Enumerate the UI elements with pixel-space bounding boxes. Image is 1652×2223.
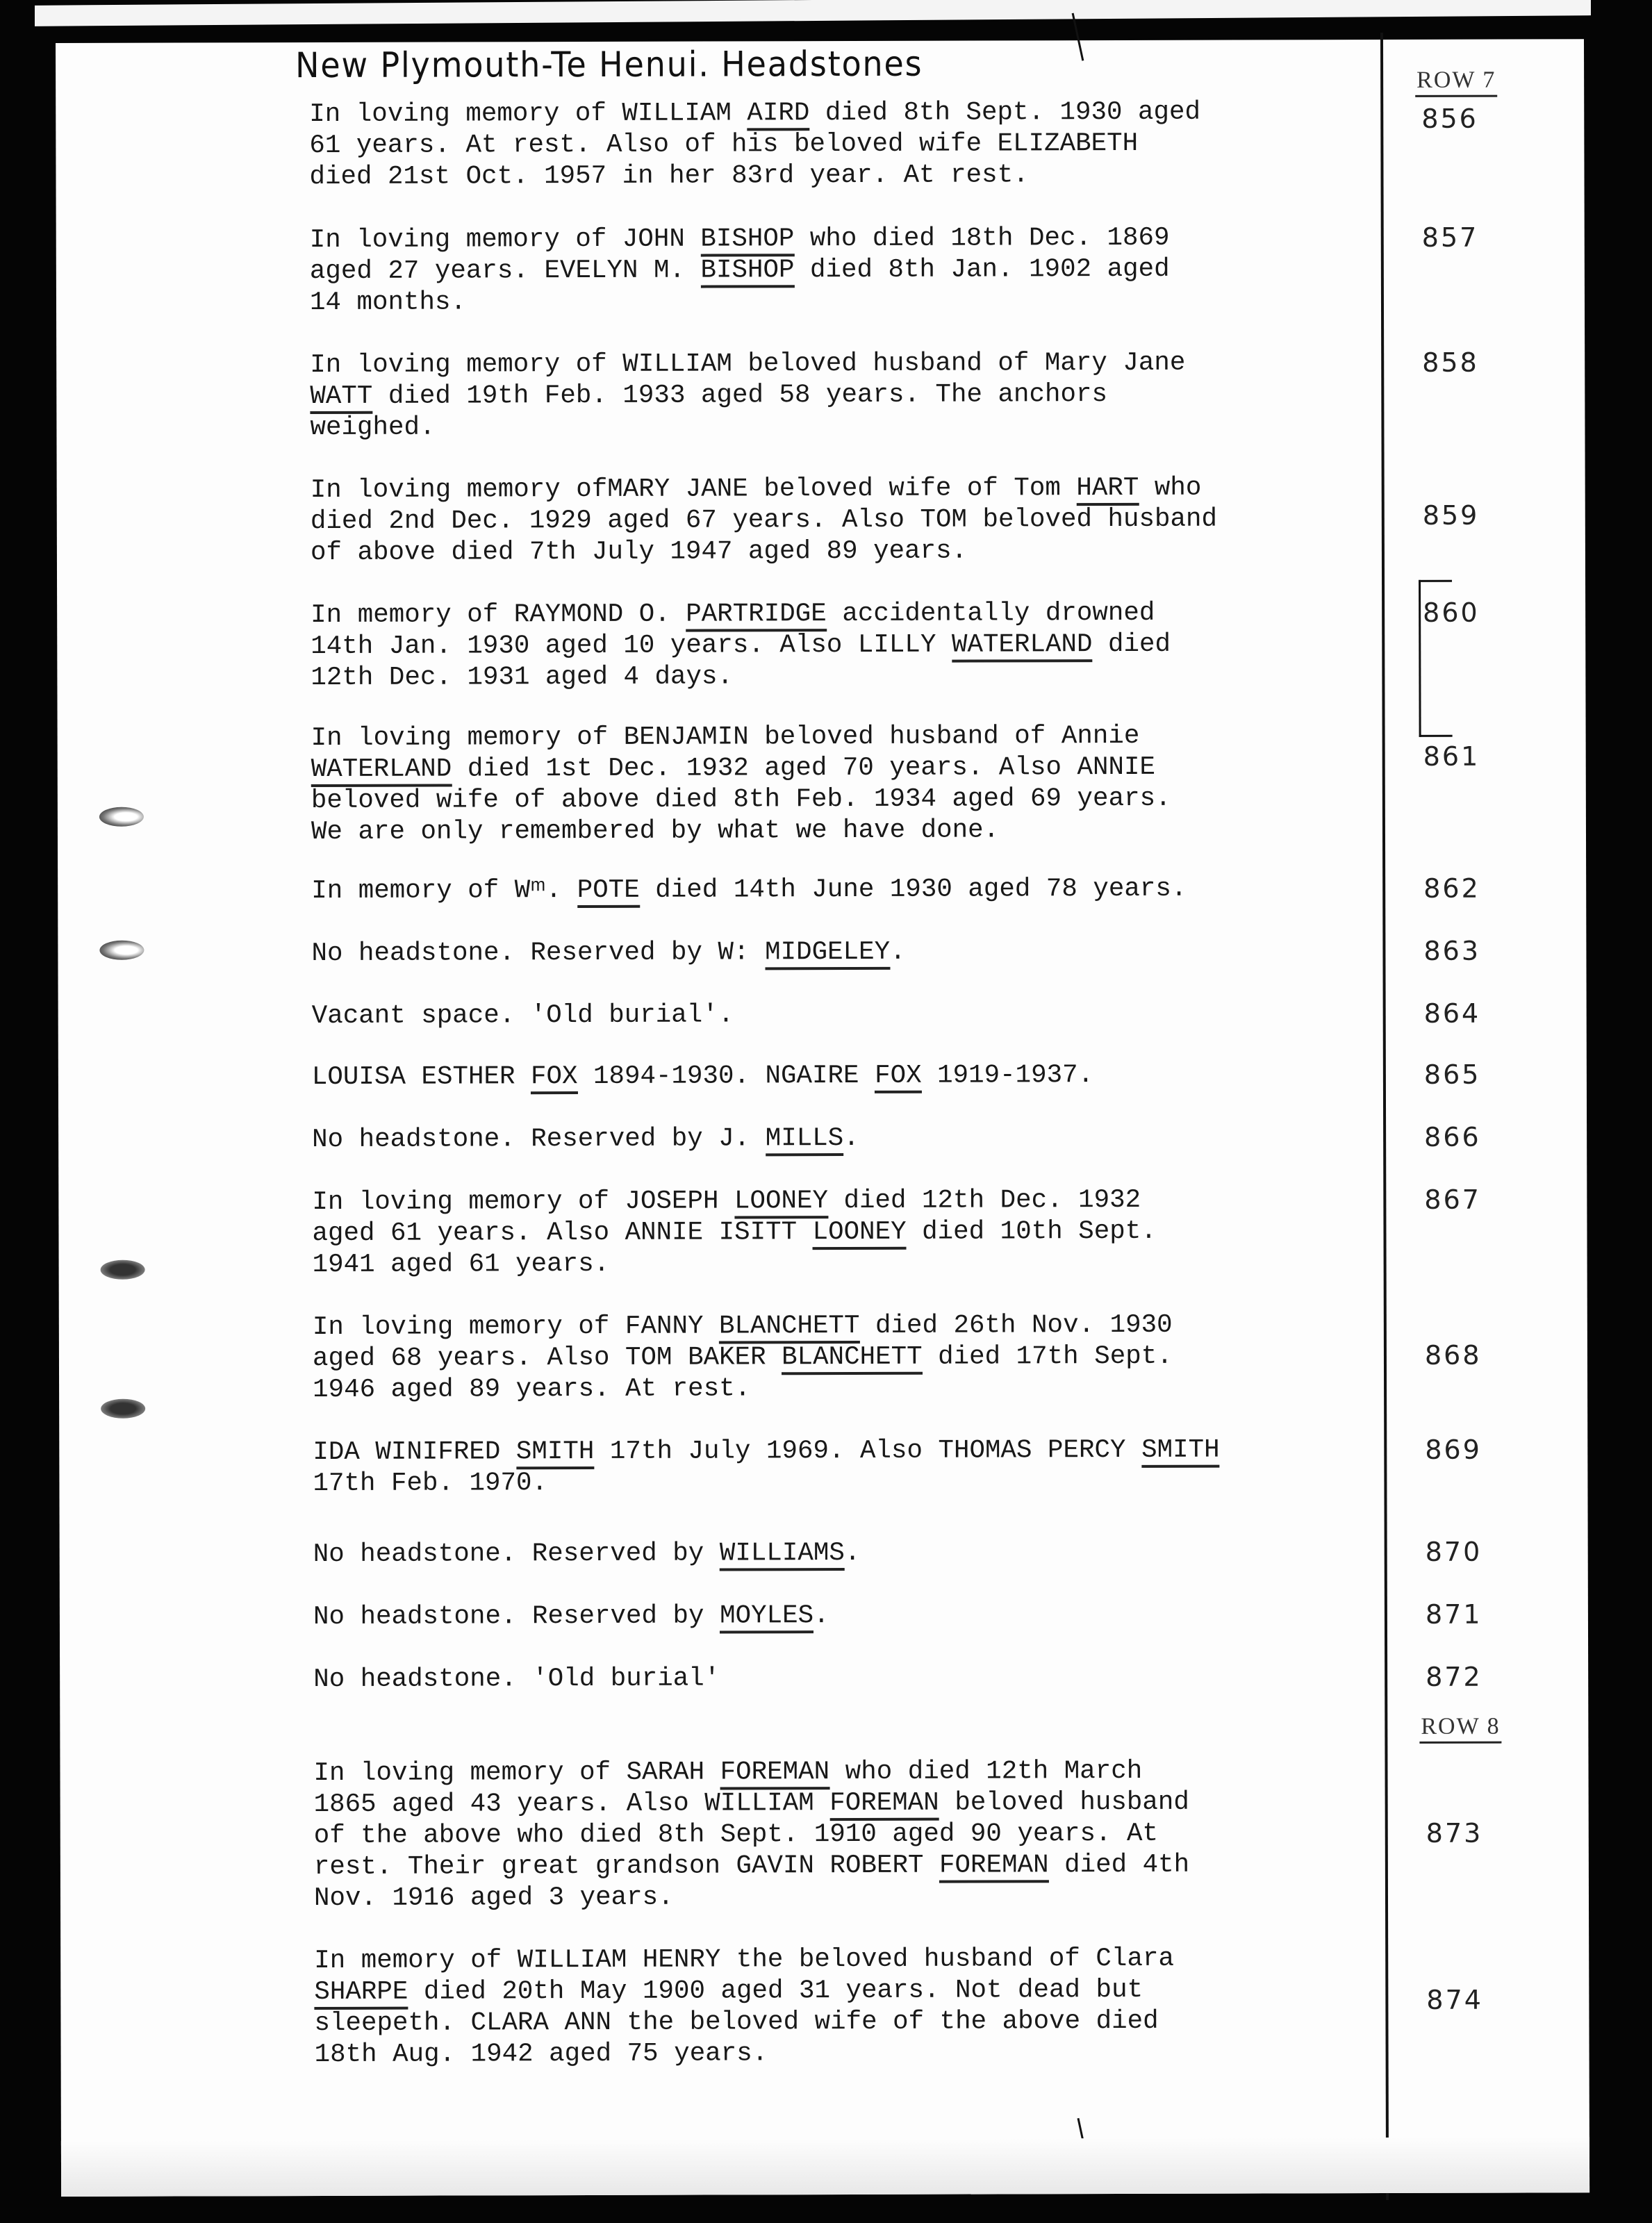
headstone-entry: No headstone. Reserved by WILLIAMS.: [313, 1537, 1397, 1571]
surname: BISHOP: [700, 224, 794, 256]
headstone-entry: LOUISA ESTHER FOX 1894-1930. NGAIRE FOX …: [312, 1059, 1396, 1093]
surname: BISHOP: [700, 256, 794, 288]
surname: AIRD: [747, 99, 809, 131]
punch-hole: [101, 1399, 145, 1419]
headstone-entry: In loving memory ofMARY JANE beloved wif…: [311, 472, 1394, 569]
headstone-entry: In loving memory of SARAH FOREMAN who di…: [313, 1755, 1398, 1915]
document-page: New Plymouth-Te Henui. Headstones In lov…: [56, 39, 1589, 2197]
surname: FOREMAN: [939, 1851, 1049, 1883]
headstone-entry: In loving memory of FANNY BLANCHETT died…: [313, 1309, 1396, 1406]
surname: FOREMAN: [720, 1758, 830, 1790]
surname: LOONEY: [734, 1187, 828, 1218]
plot-number: 873: [1426, 1818, 1510, 1849]
surname: FOX: [875, 1061, 922, 1093]
plot-number: 863: [1423, 936, 1507, 966]
headstone-entry: In loving memory of WILLIAM beloved husb…: [310, 347, 1394, 444]
headstone-entry: IDA WINIFRED SMITH 17th July 1969. Also …: [313, 1435, 1396, 1500]
surname: WATERLAND: [952, 630, 1093, 663]
punch-hole: [99, 941, 144, 960]
plot-number: 871: [1426, 1599, 1509, 1630]
surname: FOREMAN: [829, 1789, 939, 1821]
surname: BLANCHETT: [719, 1312, 860, 1344]
plot-number: 862: [1423, 873, 1507, 904]
plot-number: 866: [1424, 1122, 1508, 1152]
headstone-entries: In loving memory of WILLIAM AIRD died 8t…: [309, 40, 1393, 42]
plot-number: 874: [1426, 1985, 1510, 2015]
row-label-8: ROW 8: [1419, 1714, 1501, 1744]
surname: POTE: [577, 876, 640, 908]
headstone-entry: In memory of Wᵐ. POTE died 14th June 193…: [311, 873, 1395, 907]
headstone-entry: In loving memory of WILLIAM AIRD died 8t…: [309, 97, 1393, 193]
headstone-entry: Vacant space. 'Old burial'.: [312, 998, 1396, 1032]
pen-mark: [1072, 13, 1084, 61]
page-shadow: [61, 2137, 1589, 2197]
plot-number: 857: [1422, 222, 1505, 253]
plot-number: 859: [1423, 500, 1506, 531]
headstone-entry: In loving memory of JOSEPH LOONEY died 1…: [312, 1184, 1396, 1281]
headstone-entry: No headstone. 'Old burial': [313, 1662, 1397, 1696]
surname: WILLIAMS: [720, 1539, 845, 1571]
plot-number: 870: [1426, 1537, 1509, 1567]
headstone-entry: In memory of WILLIAM HENRY the beloved h…: [314, 1943, 1398, 2071]
surname: BLANCHETT: [782, 1343, 923, 1375]
surname: MILLS: [766, 1124, 844, 1156]
plot-number: 861: [1423, 741, 1507, 772]
plot-number: 869: [1425, 1435, 1508, 1465]
plot-number: 856: [1421, 104, 1505, 134]
plot-number: 865: [1424, 1059, 1508, 1090]
surname: MOYLES: [720, 1601, 813, 1633]
film-edge-top: [35, 0, 1591, 26]
headstone-entry: In loving memory of JOHN BISHOP who died…: [310, 222, 1394, 319]
punch-hole: [99, 807, 144, 827]
headstone-entry: No headstone. Reserved by J. MILLS.: [312, 1122, 1396, 1156]
plot-number: 868: [1425, 1340, 1508, 1371]
surname: HART: [1076, 474, 1139, 506]
headstone-entry: In memory of RAYMOND O. PARTRIDGE accide…: [311, 597, 1394, 694]
page-title: New Plymouth-Te Henui. Headstones: [295, 44, 923, 85]
surname: SMITH: [516, 1437, 595, 1469]
plot-numbers: 8568578588598608618628638648658668678688…: [56, 39, 1584, 43]
surname: WATERLAND: [311, 755, 452, 788]
punch-hole: [101, 1260, 145, 1280]
surname: PARTRIDGE: [686, 600, 827, 632]
surname: FOX: [531, 1062, 578, 1094]
row-label-7: ROW 7: [1415, 67, 1497, 97]
plot-bracket: [1419, 580, 1453, 737]
surname: MIDGELEY: [765, 938, 890, 970]
surname: SMITH: [1141, 1436, 1220, 1468]
headstone-entry: No headstone. Reserved by MOYLES.: [313, 1599, 1397, 1633]
surname: SHARPE: [314, 1978, 408, 2010]
plot-number: 858: [1422, 347, 1505, 378]
plot-number: 872: [1426, 1662, 1509, 1692]
plot-number: 867: [1424, 1184, 1508, 1215]
surname: WATT: [310, 382, 372, 414]
headstone-entry: In loving memory of BENJAMIN beloved hus…: [311, 720, 1395, 848]
headstone-entry: No headstone. Reserved by W: MIDGELEY.: [311, 936, 1395, 970]
plot-number: 864: [1424, 998, 1508, 1029]
surname: LOONEY: [813, 1218, 907, 1250]
